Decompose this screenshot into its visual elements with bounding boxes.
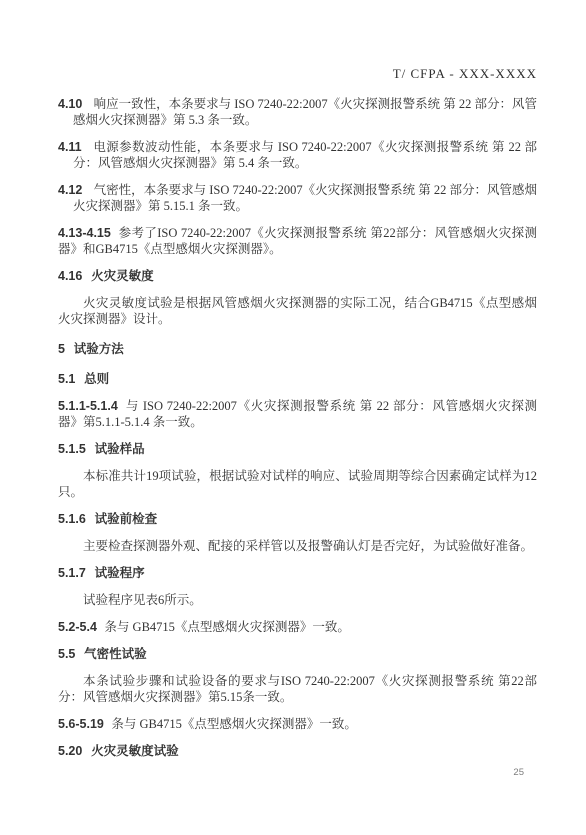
- document-page: T/ CFPA - XXX-XXXX 4.10响应一致性，本条要求与 ISO 7…: [0, 0, 586, 835]
- clause-text: 与 ISO 7240-22:2007《火灾探测报警系统 第 22 部分：风管感烟…: [58, 399, 537, 429]
- heading-number: 4.16: [58, 269, 82, 283]
- heading-5-5: 5.5气密性试验: [58, 646, 537, 662]
- clause-5-1-1-5-1-4: 5.1.1-5.1.4与 ISO 7240-22:2007《火灾探测报警系统 第…: [58, 398, 537, 430]
- heading-title: 火灾灵敏度: [91, 269, 154, 283]
- clause-text: 条与 GB4715《点型感烟火灾探测器》一致。: [111, 717, 357, 731]
- clause-text: 电源参数波动性能，本条要求与 ISO 7240-22:2007《火灾探测报警系统…: [73, 140, 537, 170]
- heading-5-1: 5.1总则: [58, 371, 537, 387]
- paragraph-test-samples: 本标准共计19项试验，根据试验对试样的响应、试验周期等综合因素确定试样为12只。: [58, 468, 537, 500]
- clause-number: 5.6-5.19: [58, 717, 104, 731]
- doc-code-header: T/ CFPA - XXX-XXXX: [58, 66, 537, 82]
- heading-5-1-5: 5.1.5试验样品: [58, 441, 537, 457]
- heading-number: 5.20: [58, 744, 82, 758]
- clause-text: 气密性，本条要求与 ISO 7240-22:2007《火灾探测报警系统 第 22…: [73, 183, 537, 213]
- clause-number: 4.10: [58, 97, 82, 111]
- clause-5-2-5-4: 5.2-5.4条与 GB4715《点型感烟火灾探测器》一致。: [58, 619, 537, 635]
- clause-5-6-5-19: 5.6-5.19条与 GB4715《点型感烟火灾探测器》一致。: [58, 716, 537, 732]
- clause-4-10: 4.10响应一致性，本条要求与 ISO 7240-22:2007《火灾探测报警系…: [58, 96, 537, 128]
- paragraph-fire-sensitivity: 火灾灵敏度试验是根据风管感烟火灾探测器的实际工况，结合GB4715《点型感烟火灾…: [58, 295, 537, 327]
- heading-5-1-7: 5.1.7试验程序: [58, 565, 537, 581]
- heading-number: 5.1.7: [58, 566, 86, 580]
- clause-number: 4.13-4.15: [58, 226, 111, 240]
- heading-number: 5.1.6: [58, 512, 86, 526]
- heading-title: 试验程序: [95, 566, 145, 580]
- clause-number: 5.2-5.4: [58, 620, 97, 634]
- heading-5-1-6: 5.1.6试验前检查: [58, 511, 537, 527]
- heading-title: 试验前检查: [95, 512, 158, 526]
- heading-number: 5: [58, 342, 65, 356]
- heading-number: 5.1: [58, 372, 75, 386]
- page-number: 25: [58, 767, 524, 778]
- heading-title: 火灾灵敏度试验: [91, 744, 179, 758]
- heading-number: 5.5: [58, 647, 75, 661]
- paragraph-pretest-check: 主要检查探测器外观、配接的采样管以及报警确认灯是否完好，为试验做好准备。: [58, 538, 537, 554]
- clause-number: 5.1.1-5.1.4: [58, 399, 118, 413]
- heading-title: 试验样品: [95, 442, 145, 456]
- clause-4-13-4-15: 4.13-4.15参考了ISO 7240-22:2007《火灾探测报警系统 第2…: [58, 225, 537, 257]
- paragraph-airtightness: 本条试验步骤和试验设备的要求与ISO 7240-22:2007《火灾探测报警系统…: [58, 673, 537, 705]
- clause-text: 响应一致性，本条要求与 ISO 7240-22:2007《火灾探测报警系统 第 …: [73, 97, 537, 127]
- heading-5-20: 5.20火灾灵敏度试验: [58, 743, 537, 759]
- clause-number: 4.12: [58, 183, 82, 197]
- clause-text: 条与 GB4715《点型感烟火灾探测器》一致。: [104, 620, 350, 634]
- clause-4-11: 4.11电源参数波动性能，本条要求与 ISO 7240-22:2007《火灾探测…: [58, 139, 537, 171]
- clause-4-12: 4.12气密性，本条要求与 ISO 7240-22:2007《火灾探测报警系统 …: [58, 182, 537, 214]
- heading-title: 气密性试验: [84, 647, 147, 661]
- heading-4-16: 4.16火灾灵敏度: [58, 268, 537, 284]
- heading-title: 试验方法: [74, 342, 124, 356]
- paragraph-test-procedure: 试验程序见表6所示。: [58, 592, 537, 608]
- heading-number: 5.1.5: [58, 442, 86, 456]
- heading-title: 总则: [84, 372, 109, 386]
- heading-5: 5试验方法: [58, 341, 537, 357]
- document-body: 4.10响应一致性，本条要求与 ISO 7240-22:2007《火灾探测报警系…: [58, 96, 537, 770]
- clause-number: 4.11: [58, 140, 82, 154]
- clause-text: 参考了ISO 7240-22:2007《火灾探测报警系统 第22部分：风管感烟火…: [58, 226, 537, 256]
